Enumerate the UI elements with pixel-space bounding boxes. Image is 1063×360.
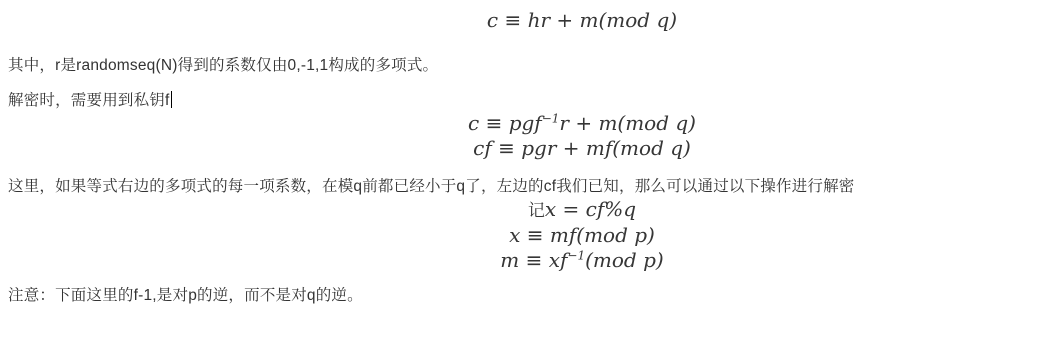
math-block-decrypt-steps[interactable]: 记x = cf%qx ≡ mf(mod p)m ≡ xf−1(mod p): [8, 197, 1063, 273]
paragraph[interactable]: 注意：下面这里的f-1,是对p的逆，而不是对q的逆。: [8, 286, 1063, 306]
paragraph-text: 其中，r是randomseq(N)得到的系数仅由0,-1,1构成的多项式。: [8, 57, 438, 74]
equation-line[interactable]: c ≡ pgf−1r + m(mod q): [8, 111, 1063, 136]
paragraph-text: 这里，如果等式右边的多项式的每一项系数，在模q前都已经小于q了，左边的cf我们已…: [8, 178, 855, 195]
text-cursor: [171, 91, 173, 108]
markdown-editor-area[interactable]: c ≡ hr + m(mod q) 其中，r是randomseq(N)得到的系数…: [0, 0, 1063, 306]
equation-line[interactable]: m ≡ xf−1(mod p): [8, 248, 1063, 273]
paragraph-text: 解密时，需要用到私钥f: [8, 92, 170, 109]
paragraph[interactable]: 解密时，需要用到私钥f: [8, 91, 1063, 111]
paragraph-text: 注意：下面这里的f-1,是对p的逆，而不是对q的逆。: [8, 287, 363, 304]
equation-line[interactable]: 记x = cf%q: [8, 197, 1063, 223]
equation-line[interactable]: x ≡ mf(mod p): [8, 223, 1063, 248]
paragraph[interactable]: 这里，如果等式右边的多项式的每一项系数，在模q前都已经小于q了，左边的cf我们已…: [8, 177, 1063, 197]
math-block-encrypt[interactable]: c ≡ hr + m(mod q): [8, 8, 1063, 33]
paragraph[interactable]: 其中，r是randomseq(N)得到的系数仅由0,-1,1构成的多项式。: [8, 56, 1063, 76]
math-block-cipher-times-f[interactable]: c ≡ pgf−1r + m(mod q)cf ≡ pgr + mf(mod q…: [8, 111, 1063, 161]
equation-line[interactable]: cf ≡ pgr + mf(mod q): [8, 136, 1063, 161]
equation-line[interactable]: c ≡ hr + m(mod q): [8, 8, 1063, 33]
